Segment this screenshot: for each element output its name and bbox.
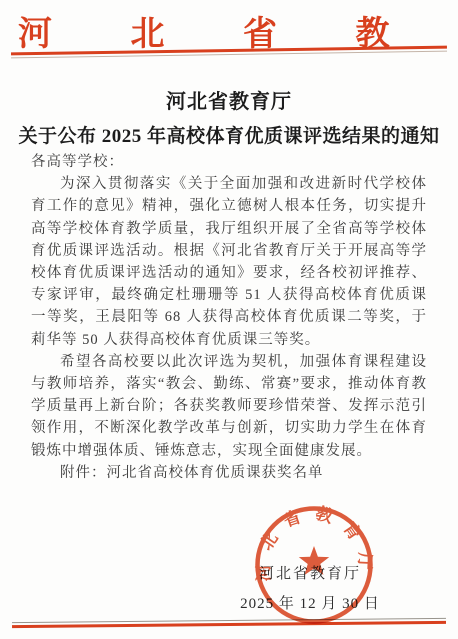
document-title-agency: 河北省教育厅 <box>0 85 458 114</box>
attachment-note: 附件：河北省高校体育优质课获奖名单 <box>31 462 427 484</box>
body-paragraph-2: 希望各高校要以此次评选为契机，加强体育课程建设与教师培养，落实“教会、勤练、常赛… <box>31 351 427 462</box>
signature-block: 河北省教育厅 2025 年 12 月 30 日 <box>230 562 390 613</box>
footer-rule <box>12 618 446 628</box>
signature-date: 2025 年 12 月 30 日 <box>230 592 390 613</box>
notice-title: 关于公布 2025 年高校体育优质课评选结果的通知 <box>0 121 458 148</box>
salutation: 各高等学校： <box>31 151 427 173</box>
signature-agency: 河北省教育厅 <box>230 562 390 583</box>
document-body: 各高等学校： 为深入贯彻落实《关于全面加强和改进新时代学校体育工作的意见》精神，… <box>31 151 427 484</box>
document-page: 河 北 省 教 育 厅 河北省教育厅 关于公布 2025 年高校体育优质课评选结… <box>0 0 458 639</box>
document-title: 河北省教育厅 关于公布 2025 年高校体育优质课评选结果的通知 <box>0 85 458 148</box>
body-paragraph-1: 为深入贯彻落实《关于全面加强和改进新时代学校体育工作的意见》精神，强化立德树人根… <box>31 173 427 351</box>
